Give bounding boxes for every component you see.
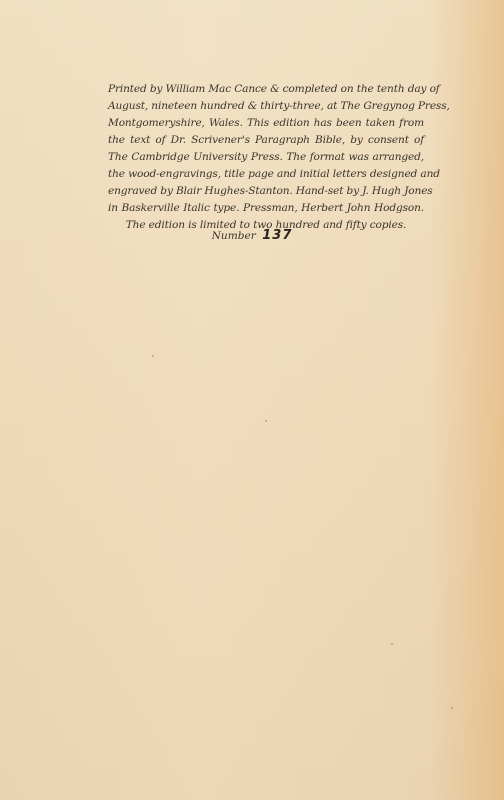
colophon-line: in Baskerville Italic type. Pressman, He… — [108, 200, 424, 217]
paper-speck — [265, 420, 267, 422]
colophon-line: Printed by William Mac Cance & completed… — [108, 81, 424, 98]
handwritten-copy-number: 137 — [262, 228, 292, 243]
number-label: Number — [212, 230, 256, 242]
paper-speck — [451, 707, 453, 709]
colophon-line: August, nineteen hundred & thirty-three,… — [108, 98, 424, 115]
edition-number: Number 137 — [0, 228, 504, 243]
colophon-line: The Cambridge University Press. The form… — [108, 149, 424, 166]
paper-speck — [152, 355, 154, 357]
colophon-line: engraved by Blair Hughes-Stanton. Hand-s… — [108, 183, 424, 200]
colophon-text: Printed by William Mac Cance & completed… — [108, 81, 424, 234]
colophon-line: the text of Dr. Scrivener's Paragraph Bi… — [108, 132, 424, 149]
book-page: Printed by William Mac Cance & completed… — [0, 0, 504, 800]
colophon-line: the wood-engravings, title page and init… — [108, 166, 424, 183]
paper-speck — [391, 643, 393, 645]
colophon-line: Montgomeryshire, Wales. This edition has… — [108, 115, 424, 132]
